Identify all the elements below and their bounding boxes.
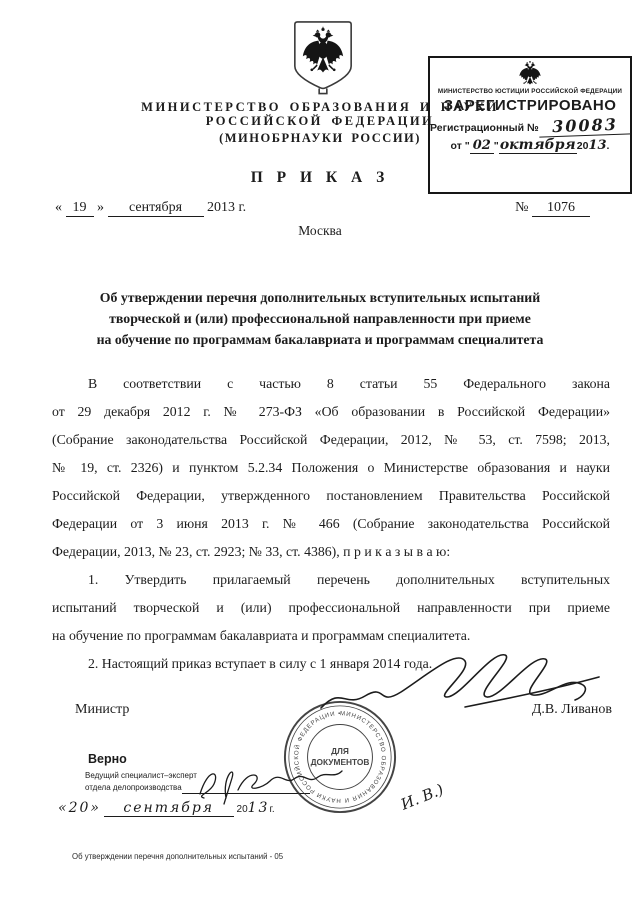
officer-title-line2: отдела делопроизводства <box>85 783 182 792</box>
russian-coat-of-arms-icon <box>291 20 355 100</box>
scanned-order-document: МИНИСТЕРСТВО ОБРАЗОВАНИЯ И НАУКИ РОССИЙС… <box>0 0 640 905</box>
date-year-printed: 20 <box>577 140 589 152</box>
date-year-handwritten: 13 <box>588 138 606 153</box>
stamp-date-line: от "02"октября2013. <box>430 137 630 154</box>
cert-day-handwritten: «20» <box>58 800 101 816</box>
clerk-initials-handwritten: И. В.) <box>398 780 446 813</box>
body-line: от 29 декабря 2012 г. № 273-ФЗ «Об образ… <box>52 398 610 426</box>
date-month-handwritten: октября <box>499 137 577 154</box>
body-line-item1: 1. Утвердить прилагаемый перечень дополн… <box>52 566 610 594</box>
order-day: 19 <box>66 200 94 217</box>
minister-signature-scrawl <box>315 645 605 715</box>
body-line: Федерации, 2013, № 23, ст. 2923; № 33, с… <box>52 538 610 566</box>
body-line-item1: испытаний творческой и (или) профессиона… <box>52 594 610 622</box>
order-title-line3: на обучение по программам бакалавриата и… <box>0 329 640 350</box>
date-from-label: от " <box>451 140 470 152</box>
stamp-eagle-icon <box>518 61 542 87</box>
stamp-center-line1: ДЛЯ <box>331 746 349 756</box>
body-line: № 19, ст. 2326) и пунктом 5.2.34 Положен… <box>52 454 610 482</box>
order-title-line1: Об утверждении перечня дополнительных вс… <box>0 287 640 308</box>
body-line: (Собрание законодательства Российской Фе… <box>52 426 610 454</box>
reg-number-label: Регистрационный № <box>430 122 539 134</box>
date-day-handwritten: 02 <box>470 138 494 154</box>
clerk-signature-scrawl <box>188 758 348 806</box>
order-body: В соответствии с частью 8 статьи 55 Феде… <box>52 370 610 678</box>
order-month: сентября <box>108 200 204 217</box>
body-line: Российской Федерации, утвержденного пост… <box>52 482 610 510</box>
verified-label: Верно <box>88 752 127 766</box>
stamp-reg-number-line: Регистрационный №30083 <box>430 116 630 136</box>
order-number-group: № 1076 <box>515 200 590 217</box>
signer-position: Министр <box>75 702 129 718</box>
quote-open: « <box>55 200 62 215</box>
stamp-authority: МИНИСТЕРСТВО ЮСТИЦИИ РОССИЙСКОЙ ФЕДЕРАЦИ… <box>430 88 630 95</box>
officer-title-line1: Ведущий специалист–эксперт <box>85 771 197 780</box>
justice-registration-stamp: МИНИСТЕРСТВО ЮСТИЦИИ РОССИЙСКОЙ ФЕДЕРАЦИ… <box>428 56 632 194</box>
quote-close: » <box>97 200 104 215</box>
order-year: 2013 г. <box>207 200 246 215</box>
body-line: Федерации от 3 июня 2013 г. № 466 (Собра… <box>52 510 610 538</box>
date-period: . <box>607 140 610 152</box>
footer-reference: Об утверждении перечня дополнительных ис… <box>72 852 283 861</box>
date-number-row: « 19 » сентября 2013 г. № 1076 <box>55 200 590 217</box>
number-sign: № <box>515 200 528 215</box>
order-number: 1076 <box>532 200 590 217</box>
reg-number-handwritten: 30083 <box>538 114 631 137</box>
city-label: Москва <box>0 223 640 239</box>
body-line: В соответствии с частью 8 статьи 55 Феде… <box>52 370 610 398</box>
order-title-line2: творческой и (или) профессиональной напр… <box>0 308 640 329</box>
stamp-registered-label: ЗАРЕГИСТРИРОВАНО <box>430 97 630 114</box>
